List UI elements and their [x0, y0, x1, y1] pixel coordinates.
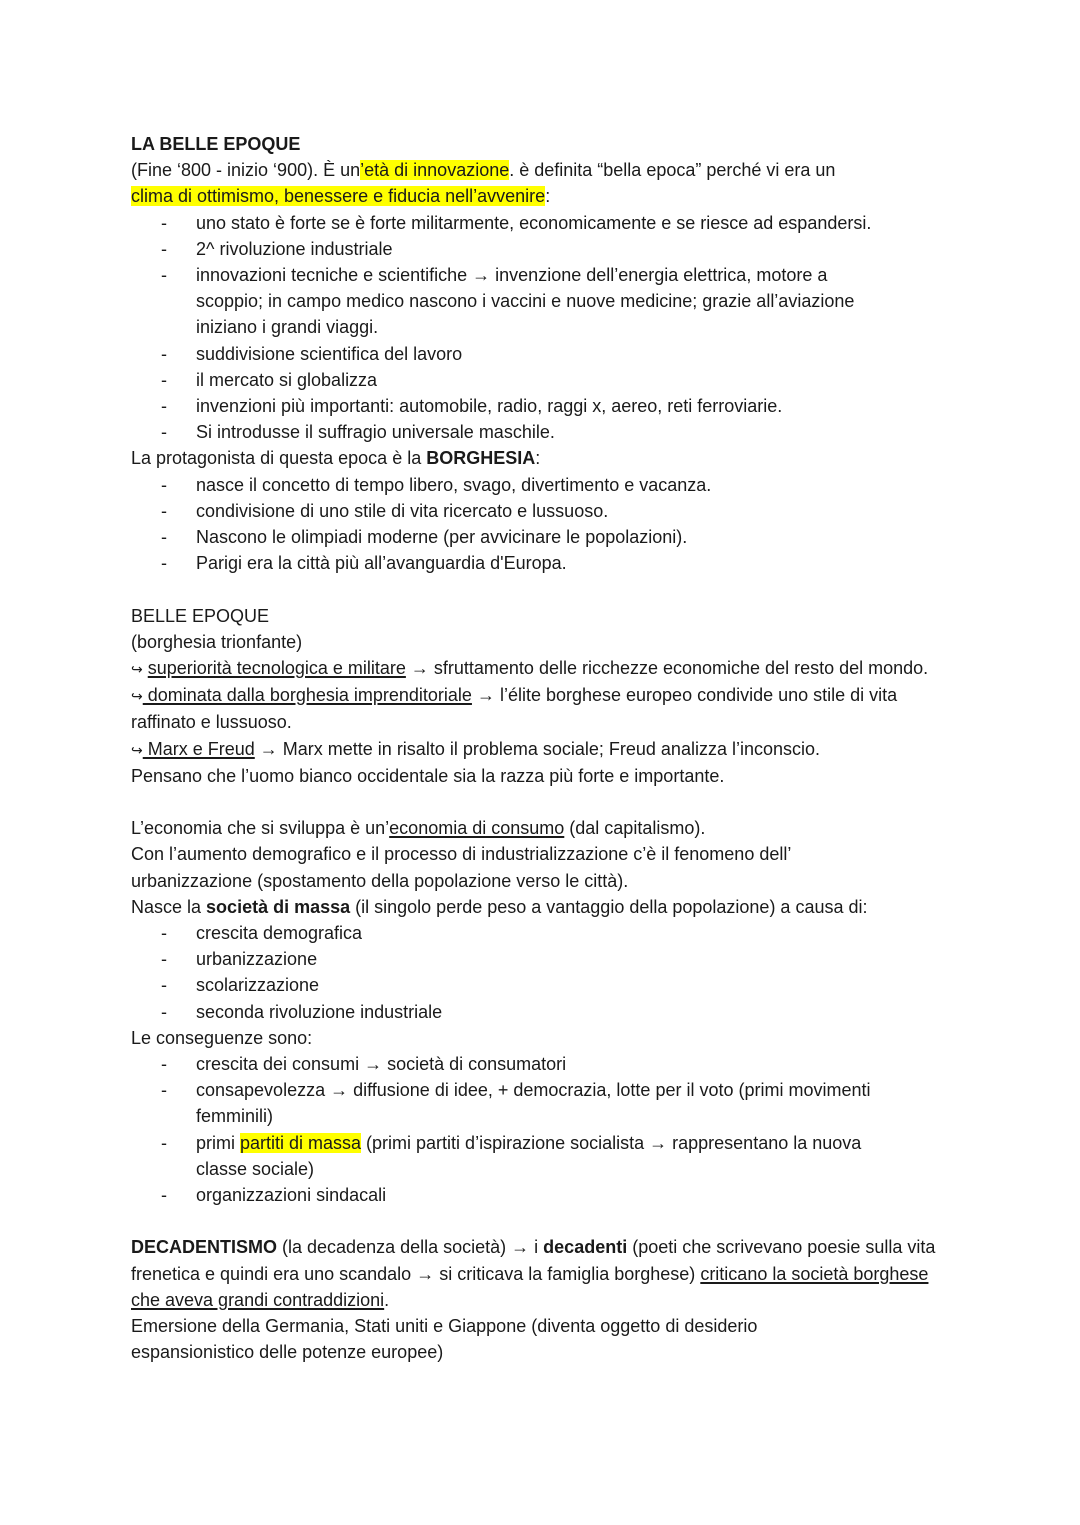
- protagonist-text: La protagonista di questa epoca è la: [131, 448, 426, 468]
- list-item-text: Nascono le olimpiadi moderne (per avvici…: [196, 527, 687, 547]
- intro-text-2: . è definita “bella epoca” perché vi era…: [509, 160, 835, 180]
- dash-bullet: -: [161, 972, 167, 998]
- list-item: -Si introdusse il suffragio universale m…: [131, 419, 951, 445]
- list-item-text: condivisione di uno stile di vita ricerc…: [196, 501, 608, 521]
- list-item-text: crescita demografica: [196, 923, 362, 943]
- list-item: -condivisione di uno stile di vita ricer…: [131, 498, 951, 524]
- list-item-text: consapevolezza → diffusione di idee, + d…: [196, 1080, 871, 1126]
- list-item-text: crescita dei consumi → società di consum…: [196, 1054, 566, 1074]
- dash-bullet: -: [161, 419, 167, 445]
- emergence-paragraph: Emersione della Germania, Stati uniti e …: [131, 1313, 831, 1365]
- list-item: -crescita demografica: [131, 920, 951, 946]
- protagonist-colon: :: [535, 448, 540, 468]
- consequences-label: Le conseguenze sono:: [131, 1025, 951, 1051]
- mass-text: Nasce la: [131, 897, 206, 917]
- intro-colon: :: [545, 186, 550, 206]
- underlined-text: Marx e Freud: [143, 739, 255, 759]
- list-item-text: innovazioni tecniche e scientifiche → in…: [196, 265, 854, 337]
- economy-line: L’economia che si sviluppa è un’economia…: [131, 815, 951, 841]
- list-item-text: invenzioni più importanti: automobile, r…: [196, 396, 782, 416]
- list-item: -organizzazioni sindacali: [131, 1182, 951, 1208]
- dash-bullet: -: [161, 1130, 167, 1156]
- section-title-belle-epoque: LA BELLE EPOQUE: [131, 131, 951, 157]
- list-item: -seconda rivoluzione industriale: [131, 999, 951, 1025]
- underlined-text: dominata dalla borghesia imprenditoriale: [143, 685, 472, 705]
- decadentismo-bold: DECADENTISMO: [131, 1237, 277, 1257]
- section-subtitle: (borghesia trionfante): [131, 629, 951, 655]
- societa-di-massa-bold: società di massa: [206, 897, 350, 917]
- list-item: -scolarizzazione: [131, 972, 951, 998]
- borghesia-bullet-list: -nasce il concetto di tempo libero, svag…: [131, 472, 951, 577]
- underlined-text: superiorità tecnologica e militare: [148, 658, 406, 678]
- list-item: -primi partiti di massa (primi partiti d…: [131, 1130, 886, 1182]
- spacer: [131, 789, 951, 815]
- spacer: [131, 1208, 951, 1234]
- list-item-text: scolarizzazione: [196, 975, 319, 995]
- economy-suffix: (dal capitalismo).: [564, 818, 705, 838]
- decadentismo-period: .: [384, 1290, 389, 1310]
- list-item-text: suddivisione scientifica del lavoro: [196, 344, 462, 364]
- dash-bullet: -: [161, 1182, 167, 1208]
- intro-paragraph: (Fine ‘800 - inizio ‘900). È un’età di i…: [131, 157, 951, 209]
- dash-bullet: -: [161, 341, 167, 367]
- belle-epoque-bullet-list: -uno stato è forte se è forte militarmen…: [131, 210, 951, 446]
- point-text: → sfruttamento delle ricchezze economich…: [406, 658, 928, 678]
- list-item-text: Parigi era la città più all’avanguardia …: [196, 553, 567, 573]
- point-borghesia-imprenditoriale: ↪ dominata dalla borghesia imprenditoria…: [131, 682, 946, 735]
- list-item: -crescita dei consumi → società di consu…: [131, 1051, 951, 1077]
- borghesia-bold: BORGHESIA: [426, 448, 535, 468]
- list-item-text: il mercato si globalizza: [196, 370, 377, 390]
- list-item-text: Si introdusse il suffragio universale ma…: [196, 422, 555, 442]
- dash-bullet: -: [161, 498, 167, 524]
- list-item: -2^ rivoluzione industriale: [131, 236, 951, 262]
- dash-bullet: -: [161, 210, 167, 236]
- dash-bullet: -: [161, 262, 167, 288]
- consequences-bullet-list: -crescita dei consumi → società di consu…: [131, 1051, 951, 1208]
- closing-line: Pensano che l’uomo bianco occidentale si…: [131, 763, 951, 789]
- dash-bullet: -: [161, 367, 167, 393]
- protagonist-line: La protagonista di questa epoca è la BOR…: [131, 445, 951, 471]
- dash-bullet: -: [161, 1077, 167, 1103]
- mass-society-line: Nasce la società di massa (il singolo pe…: [131, 894, 951, 920]
- list-item: -Nascono le olimpiadi moderne (per avvic…: [131, 524, 951, 550]
- list-item: -urbanizzazione: [131, 946, 951, 972]
- list-item-text: organizzazioni sindacali: [196, 1185, 386, 1205]
- point-superiorita: ↪ superiorità tecnologica e militare → s…: [131, 655, 946, 682]
- decadentismo-paragraph: DECADENTISMO (la decadenza della società…: [131, 1234, 946, 1313]
- dash-bullet: -: [161, 524, 167, 550]
- causes-bullet-list: -crescita demografica -urbanizzazione -s…: [131, 920, 951, 1025]
- spacer: [131, 576, 951, 602]
- list-item-text: 2^ rivoluzione industriale: [196, 239, 393, 259]
- list-item: -invenzioni più importanti: automobile, …: [131, 393, 951, 419]
- list-item: -uno stato è forte se è forte militarmen…: [131, 210, 951, 236]
- hook-arrow-icon: ↪: [131, 742, 143, 758]
- highlight-partiti-di-massa: partiti di massa: [240, 1133, 361, 1153]
- highlight-clima-ottimismo: clima di ottimismo, benessere e fiducia …: [131, 186, 545, 206]
- dash-bullet: -: [161, 999, 167, 1025]
- list-item: -suddivisione scientifica del lavoro: [131, 341, 951, 367]
- list-item: -consapevolezza → diffusione di idee, + …: [131, 1077, 896, 1129]
- dash-bullet: -: [161, 1051, 167, 1077]
- decadentismo-text: (la decadenza della società) → i: [277, 1237, 543, 1257]
- mass-suffix: (il singolo perde peso a vantaggio della…: [350, 897, 867, 917]
- hook-arrow-icon: ↪: [131, 688, 143, 704]
- decadenti-bold: decadenti: [543, 1237, 627, 1257]
- dash-bullet: -: [161, 920, 167, 946]
- urbanization-paragraph: Con l’aumento demografico e il processo …: [131, 841, 871, 893]
- dash-bullet: -: [161, 472, 167, 498]
- dash-bullet: -: [161, 393, 167, 419]
- list-item: -il mercato si globalizza: [131, 367, 951, 393]
- economy-text: L’economia che si sviluppa è un’: [131, 818, 389, 838]
- dash-bullet: -: [161, 946, 167, 972]
- list-item: -nasce il concetto di tempo libero, svag…: [131, 472, 951, 498]
- hook-arrow-icon: ↪: [131, 661, 143, 677]
- highlight-eta-innovazione: ’età di innovazione: [360, 160, 509, 180]
- intro-text: (Fine ‘800 - inizio ‘900). È un: [131, 160, 360, 180]
- list-item-text: seconda rivoluzione industriale: [196, 1002, 442, 1022]
- underlined-economia-consumo: economia di consumo: [389, 818, 564, 838]
- list-item: -Parigi era la città più all’avanguardia…: [131, 550, 951, 576]
- point-marx-freud: ↪ Marx e Freud → Marx mette in risalto i…: [131, 736, 951, 763]
- list-item-text: uno stato è forte se è forte militarment…: [196, 213, 871, 233]
- list-item-text: nasce il concetto di tempo libero, svago…: [196, 475, 711, 495]
- point-text: → Marx mette in risalto il problema soci…: [255, 739, 820, 759]
- document-page: LA BELLE EPOQUE (Fine ‘800 - inizio ‘900…: [131, 131, 951, 1366]
- list-item-text: primi: [196, 1133, 240, 1153]
- list-item: -innovazioni tecniche e scientifiche → i…: [131, 262, 886, 341]
- dash-bullet: -: [161, 236, 167, 262]
- section-title-belle-epoque-2: BELLE EPOQUE: [131, 603, 951, 629]
- list-item-text: urbanizzazione: [196, 949, 317, 969]
- dash-bullet: -: [161, 550, 167, 576]
